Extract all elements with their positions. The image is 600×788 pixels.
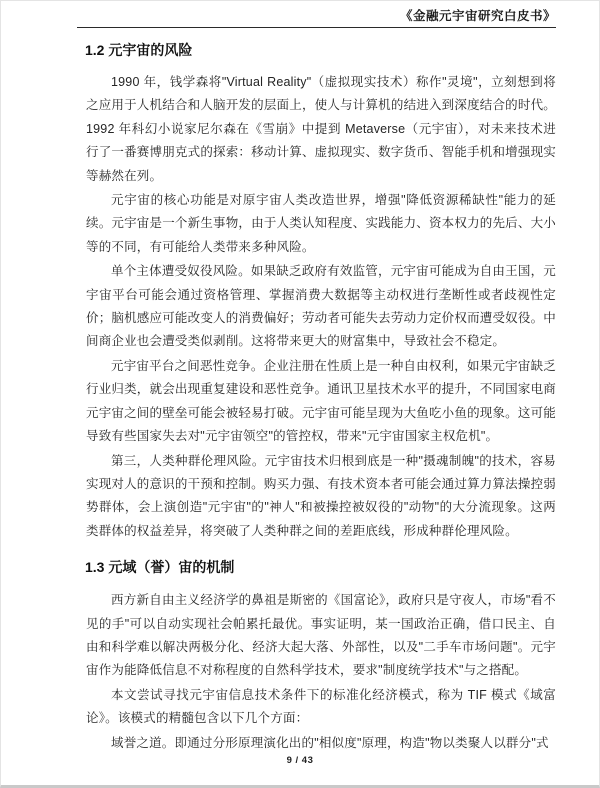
paragraph: 元宇宙的核心功能是对原宇宙人类改造世界，增强"降低资源稀缺性"能力的延续。元宇宙… <box>86 189 556 259</box>
document-page: { "header": { "title": "《金融元宇宙研究白皮书》" },… <box>0 0 600 788</box>
page-container: 《金融元宇宙研究白皮书》 1.2 元宇宙的风险 1990 年，钱学森将"Virt… <box>1 1 599 785</box>
header-rule <box>77 27 556 28</box>
paragraph: 元宇宙平台之间恶性竞争。企业注册在性质上是一种自由权利，如果元宇宙缺乏行业归类，… <box>86 355 556 449</box>
section-heading-1-3: 1.3 元域（誉）宙的机制 <box>85 559 556 576</box>
paragraph: 西方新自由主义经济学的鼻祖是斯密的《国富论》，政府只是守夜人，市场"看不见的手"… <box>86 589 556 683</box>
paragraph: 单个主体遭受奴役风险。如果缺乏政府有效监管，元宇宙可能成为自由王国，元宇宙平台可… <box>86 260 556 354</box>
page-header: 《金融元宇宙研究白皮书》 <box>86 7 556 28</box>
paragraph: 本文尝试寻找元宇宙信息技术条件下的标准化经济模式，称为 TIF 模式《域富论》。… <box>86 684 556 731</box>
page-number: 9 / 43 <box>287 755 314 766</box>
section-heading-1-2: 1.2 元宇宙的风险 <box>85 42 556 59</box>
paragraph: 1990 年，钱学森将"Virtual Reality"（虚拟现实技术）称作"灵… <box>86 71 556 188</box>
page-body: 1.2 元宇宙的风险 1990 年，钱学森将"Virtual Reality"（… <box>86 42 556 755</box>
paragraph: 第三，人类种群伦理风险。元宇宙技术归根到底是一种"摄魂制魄"的技术，容易实现对人… <box>86 450 556 544</box>
document-title: 《金融元宇宙研究白皮书》 <box>86 7 556 25</box>
page-footer: 9 / 43 <box>1 750 599 768</box>
